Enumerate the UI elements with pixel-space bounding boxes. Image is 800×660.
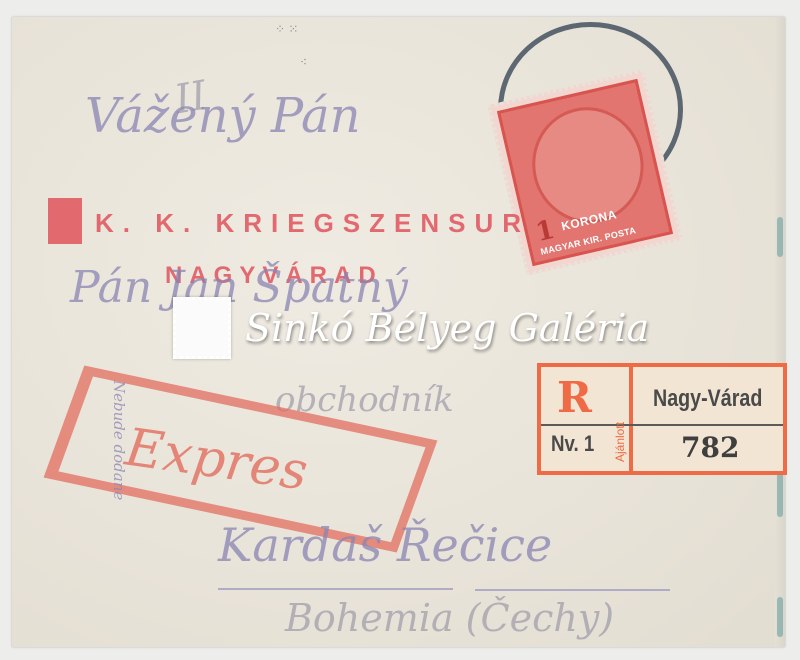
watermark-text: Sinkó Bélyeg Galéria [245, 306, 649, 350]
back-stamp-edge [777, 217, 783, 257]
address-city: Kardaš Řečice [218, 518, 552, 572]
address-underline [475, 589, 670, 591]
address-salutation: Vážený Pán [85, 88, 361, 144]
label-divider [541, 424, 783, 426]
registration-number: 782 [681, 431, 739, 464]
ink-smudge: ⁖ [300, 55, 307, 69]
watermark: Sinkó Bélyeg Galéria [173, 297, 649, 359]
registration-city: Nagy-Várad [653, 385, 762, 413]
address-underline [218, 588, 453, 590]
censor-handstamp-line1: K. K. KRIEGSZENSUR [95, 208, 530, 239]
back-stamp-edge [777, 597, 783, 637]
ink-smudge: ⁘ ⁙ [275, 22, 298, 36]
side-note: Nebude dodane [110, 380, 128, 500]
label-divider [629, 367, 633, 471]
registration-letter: R [557, 373, 592, 422]
envelope-edge [775, 17, 785, 647]
registration-office: Nv. 1 [551, 431, 594, 457]
address-region: Bohemia (Čechy) [285, 596, 614, 640]
stamp-icon [173, 297, 231, 359]
registration-vertical-text: Ajánlott [613, 422, 627, 462]
handstamp-block [48, 198, 82, 244]
registration-label: R Ajánlott Nv. 1 Nagy-Várad 782 [537, 363, 787, 475]
